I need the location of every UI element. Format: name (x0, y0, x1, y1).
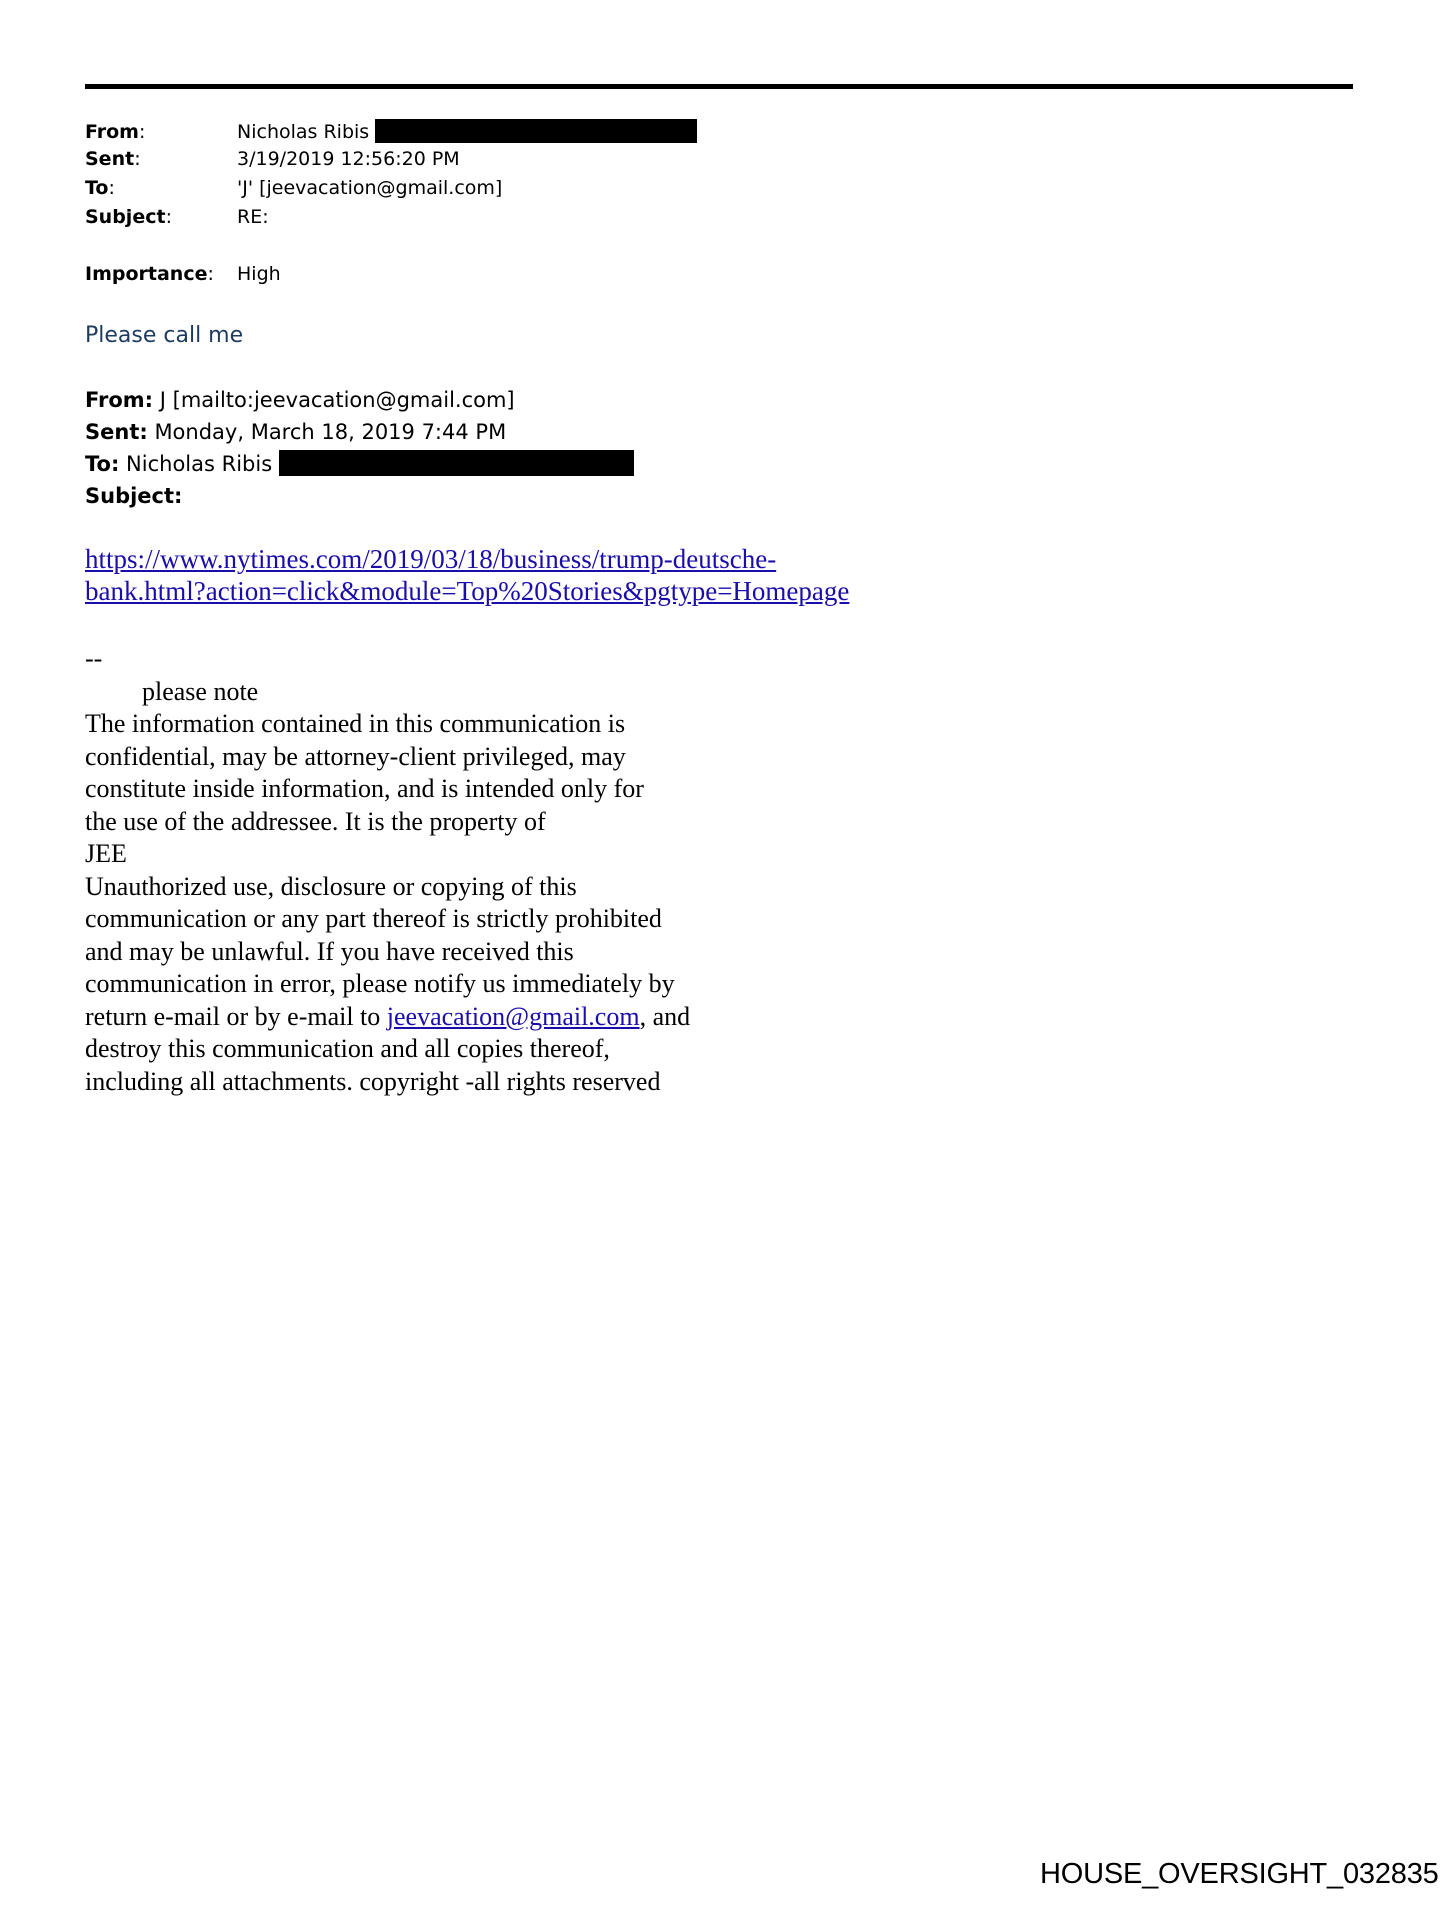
signature-disclaimer: -- please note The information contained… (85, 643, 690, 1098)
original-to-row: To: Nicholas Ribis (85, 450, 634, 478)
reply-from-row: From:Nicholas Ribis (85, 119, 697, 144)
subject-value: RE: (237, 206, 269, 228)
reply-subject-row: Subject:RE: (85, 205, 269, 229)
original-from-row: From: J [mailto:jeevacation@gmail.com] (85, 386, 515, 414)
sent-label: Sent (85, 148, 134, 170)
nytimes-link[interactable]: https://www.nytimes.com/2019/03/18/busin… (85, 543, 849, 607)
separator: -- (85, 643, 690, 676)
redaction-bar (375, 119, 697, 143)
importance-label: Importance (85, 263, 207, 285)
importance-value: High (237, 263, 281, 285)
bates-number: HOUSE_OVERSIGHT_032835 (1040, 1858, 1439, 1891)
sent-value: 3/19/2019 12:56:20 PM (237, 148, 460, 170)
from-value: Nicholas Ribis (237, 121, 369, 143)
original-subject-row: Subject: (85, 482, 182, 510)
email-link[interactable]: jeevacation@gmail.com (387, 1002, 640, 1031)
reply-body: Please call me (85, 323, 243, 348)
to-label: To (85, 177, 109, 199)
original-sent-row: Sent: Monday, March 18, 2019 7:44 PM (85, 418, 506, 446)
reply-importance-row: Importance:High (85, 262, 281, 286)
reply-sent-row: Sent:3/19/2019 12:56:20 PM (85, 147, 460, 171)
subject-label: Subject (85, 206, 166, 228)
top-rule (85, 84, 1353, 89)
to-value: 'J' [jeevacation@gmail.com] (237, 177, 502, 199)
redaction-bar (279, 450, 634, 476)
from-label: From (85, 121, 139, 143)
reply-to-row: To:'J' [jeevacation@gmail.com] (85, 176, 502, 200)
